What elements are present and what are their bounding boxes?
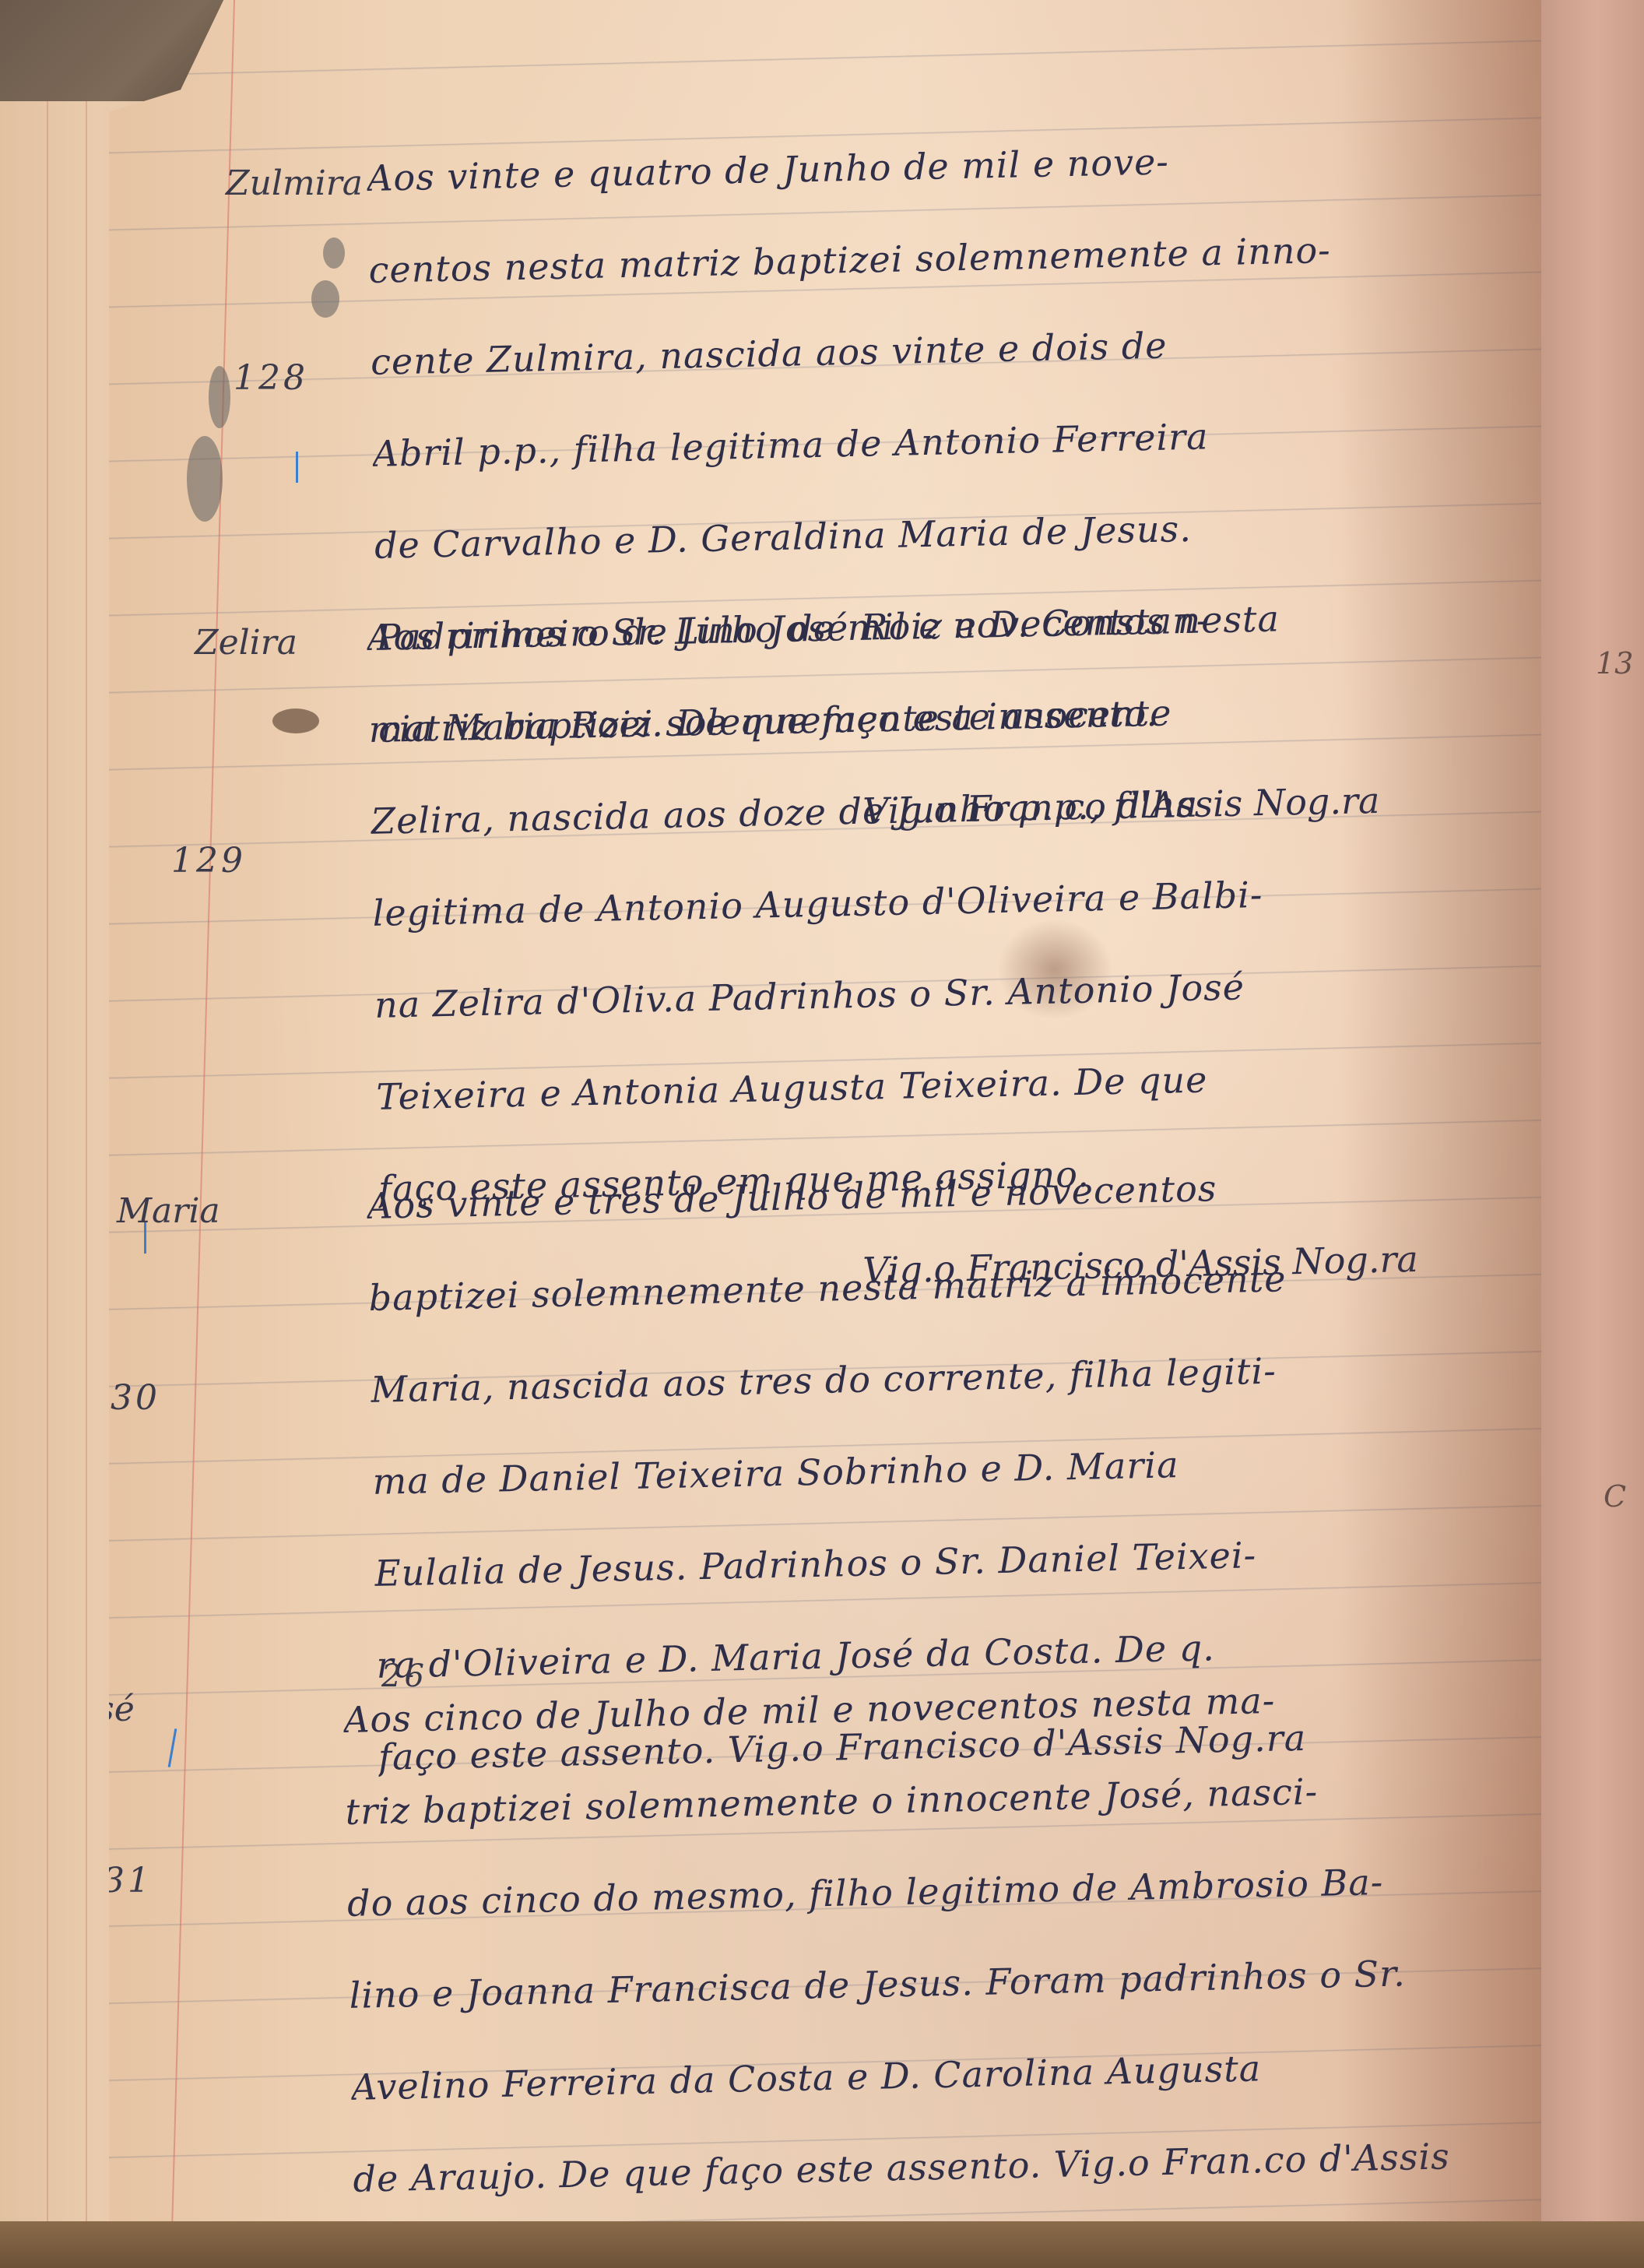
ink-blot	[272, 709, 319, 733]
entry-margin-name: Maria	[117, 1191, 220, 1231]
entry-margin-name: Zelira	[195, 623, 297, 663]
entry-margin-name: Zulmira	[226, 164, 363, 203]
entry-number: 131	[109, 1861, 153, 1901]
table-surface-bottom	[0, 2221, 1644, 2268]
blue-pencil-mark	[296, 452, 298, 483]
entry-number: 130	[109, 1378, 160, 1418]
facing-page: 13 C	[1526, 0, 1644, 2242]
entry-margin-name: José	[109, 1690, 135, 1729]
ink-blot	[311, 280, 339, 318]
page-edge	[47, 101, 48, 2235]
ink-blot	[187, 436, 223, 522]
facing-page-text: C	[1604, 1479, 1626, 1514]
page-edge	[86, 101, 87, 2235]
entry-text: Aos cinco de Julho de mil e novecentos n…	[342, 1647, 1541, 2225]
entry-number: 128	[234, 358, 308, 398]
facing-page-text: 13	[1596, 646, 1633, 680]
register-page: Zulmira 128 Aos vinte e quatro de Junho …	[109, 0, 1541, 2242]
ink-blot	[209, 366, 230, 428]
ink-blot	[323, 237, 345, 269]
entry-number: 129	[171, 841, 246, 881]
